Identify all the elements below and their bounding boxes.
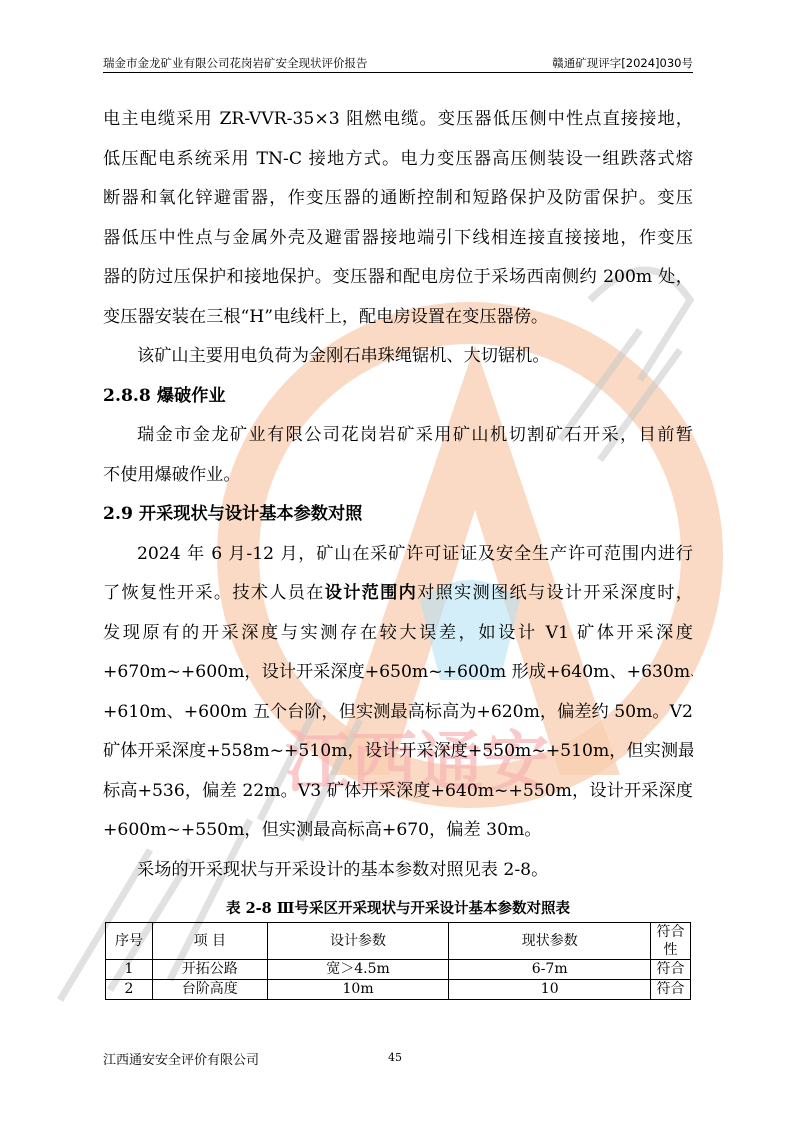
text-line: 不使用爆破作业。 [103,456,693,496]
cell: 6-7m [449,960,651,980]
table-row: 1 开拓公路 宽＞4.5m 6-7m 符合 [106,960,691,980]
report-title: 瑞金市金龙矿业有限公司花岗岩矿安全现状评价报告 [103,56,368,70]
text-line: 瑞金市金龙矿业有限公司花岗岩矿采用矿山机切割矿石开采，目前暂 [103,416,693,456]
cell: 台阶高度 [152,980,267,1000]
cell: 符合 [651,980,691,1000]
header-cell: 设计参数 [267,923,449,960]
table-row: 2 台阶高度 10m 10 符合 [106,980,691,1000]
cell: 开拓公路 [152,960,267,980]
footer-company: 江西通安安全评价有限公司 [103,1053,259,1068]
paragraph-power-load: 该矿山主要用电负荷为金刚石串珠绳锯机、大切锯机。 [103,337,693,377]
header-cell: 序号 [106,923,153,960]
cell: 符合 [651,960,691,980]
text-line: +670m~+600m，设计开采深度+650m~+600m 形成+640m、+6… [103,653,693,693]
table-header-row: 序号 项 目 设计参数 现状参数 符合性 [106,923,691,960]
text-line: 发现原有的开采深度与实测存在较大误差，如设计 V1 矿体开采深度 [103,614,693,654]
text-line: 了恢复性开采。技术人员在设计范围内对照实测图纸与设计开采深度时， [103,574,693,614]
cell: 10m [267,980,449,1000]
text-line: +610m、+600m 五个台阶，但实测最高标高为+620m，偏差约 50m。V… [103,693,693,733]
section-heading-2-9: 2.9 开采现状与设计基本参数对照 [103,495,693,535]
text-line: 断器和氧化锌避雷器，作变压器的通断控制和短路保护及防雷保护。变压 [103,179,693,219]
text-span: 了恢复性开采。技术人员在 [103,583,325,603]
cell: 1 [106,960,153,980]
text-line: 标高+536，偏差 22m。V3 矿体开采深度+640m~+550m，设计开采深… [103,772,693,812]
header-cell: 符合性 [651,923,691,960]
cell: 宽＞4.5m [267,960,449,980]
text-line: 变压器安装在三根“H”电线杆上，配电房设置在变压器傍。 [103,298,693,338]
body-content: 电主电缆采用 ZR-VVR-35×3 阻燃电缆。变压器低压侧中性点直接接地， 低… [103,100,693,890]
text-line: 矿体开采深度+558m~+510m，设计开采深度+550m~+510m，但实测最… [103,732,693,772]
page-number: 45 [388,1051,402,1064]
section-heading-2-8-8: 2.8.8 爆破作业 [103,377,693,417]
parameter-comparison-table: 序号 项 目 设计参数 现状参数 符合性 1 开拓公路 宽＞4.5m 6-7m … [105,922,691,1000]
text-line: 器低压中性点与金属外壳及避雷器接地端引下线相连接直接接地，作变压 [103,219,693,259]
table-caption: 表 2-8 Ⅲ号采区开采现状与开采设计基本参数对照表 [103,899,693,919]
bold-text-design-range: 设计范围内 [325,583,417,603]
report-number: 赣通矿现评字[2024]030号 [552,56,693,70]
text-line: 低压配电系统采用 TN-C 接地方式。电力变压器高压侧装设一组跌落式熔 [103,140,693,180]
text-line: 2024 年 6 月-12 月，矿山在采矿许可证证及安全生产许可范围内进行 [103,535,693,575]
cell: 2 [106,980,153,1000]
text-line: +600m~+550m，但实测最高标高+670，偏差 30m。 [103,811,693,851]
text-line: 电主电缆采用 ZR-VVR-35×3 阻燃电缆。变压器低压侧中性点直接接地， [103,100,693,140]
text-line: 器的防过压保护和接地保护。变压器和配电房位于采场西南侧约 200m 处， [103,258,693,298]
page-footer: 江西通安安全评价有限公司 45 [103,1049,693,1068]
text-span: 对照实测图纸与设计开采深度时， [417,583,693,603]
header-cell: 项 目 [152,923,267,960]
cell: 10 [449,980,651,1000]
header-cell: 现状参数 [449,923,651,960]
page-header: 瑞金市金龙矿业有限公司花岗岩矿安全现状评价报告 赣通矿现评字[2024]030号 [103,56,693,73]
paragraph-table-reference: 采场的开采现状与开采设计的基本参数对照见表 2-8。 [103,851,693,891]
